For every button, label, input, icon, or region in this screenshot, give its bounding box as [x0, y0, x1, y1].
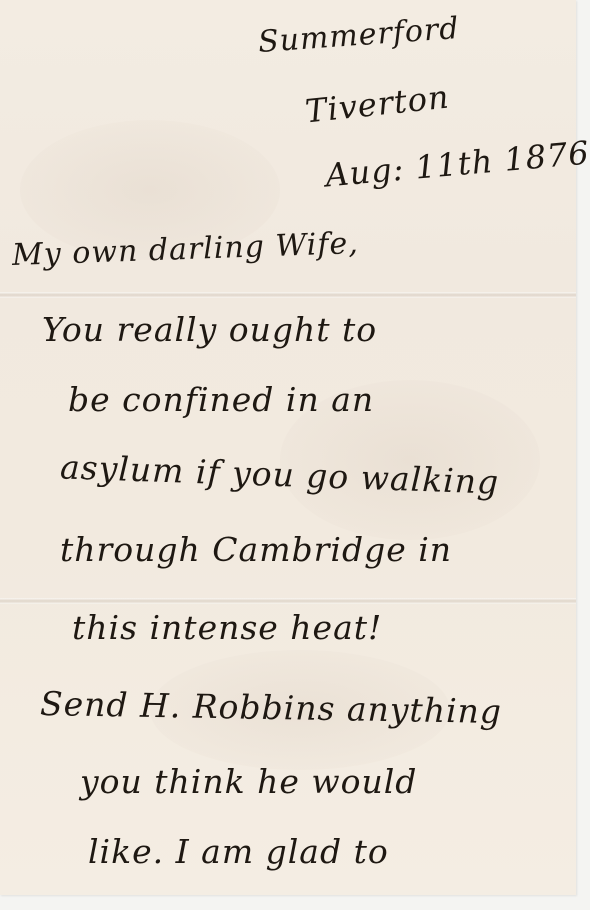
body-line: You really ought to [42, 310, 377, 349]
address-place-1: Summerford [257, 11, 461, 60]
letter-page: Summerford Tiverton Aug: 11th 1876 My ow… [0, 0, 576, 895]
fold-line [0, 598, 576, 604]
body-line: you think he would [80, 762, 417, 801]
body-line: Send H. Robbins anything [40, 684, 503, 731]
body-line: through Cambridge in [60, 530, 452, 569]
body-line: this intense heat! [72, 608, 382, 647]
address-place-2: Tiverton [303, 78, 451, 131]
letter-date: Aug: 11th 1876 [324, 134, 590, 195]
body-line: like. I am glad to [88, 832, 389, 871]
body-line: be confined in an [68, 380, 374, 419]
fold-line [0, 292, 576, 298]
